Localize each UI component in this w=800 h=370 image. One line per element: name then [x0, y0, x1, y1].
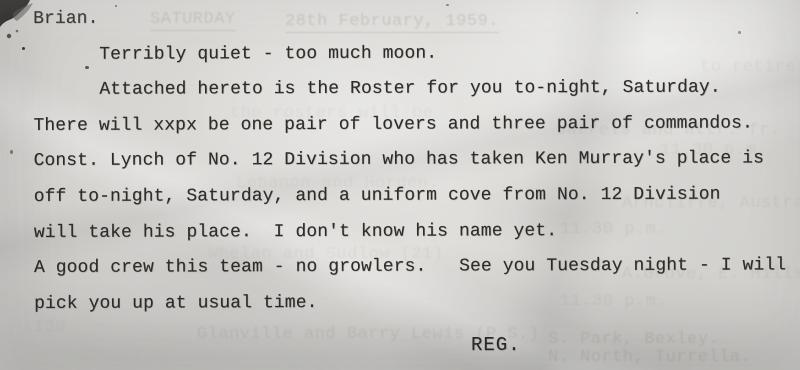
- typed-line: off to-night, Saturday, and a uniform co…: [34, 177, 794, 215]
- typed-line: A good crew this team - no growlers. See…: [34, 249, 794, 287]
- typed-line: Attached hereto is the Roster for you to…: [33, 71, 793, 109]
- typed-line: pick you up at usual time.: [34, 284, 794, 322]
- typed-line: will take his place. I don't know his na…: [34, 213, 794, 251]
- typed-note: Brian.Terribly quiet - too much moon.Att…: [33, 0, 794, 322]
- typed-line: There will xxpx be one pair of lovers an…: [33, 106, 793, 144]
- typed-line: Terribly quiet - too much moon.: [33, 35, 793, 73]
- signature: REG.: [471, 334, 521, 356]
- typed-line: Brian.: [33, 0, 793, 38]
- paper-speck: [22, 47, 25, 50]
- bleed-through-text: N. North, Turrella.: [548, 348, 751, 367]
- document-photo: SATURDAY28th February, 1959.to retire.th…: [0, 0, 800, 370]
- bleed-through-text: S. Park, Bexley.: [548, 330, 719, 349]
- typed-line: Const. Lynch of No. 12 Division who has …: [33, 142, 793, 180]
- paper-speck: [10, 150, 13, 154]
